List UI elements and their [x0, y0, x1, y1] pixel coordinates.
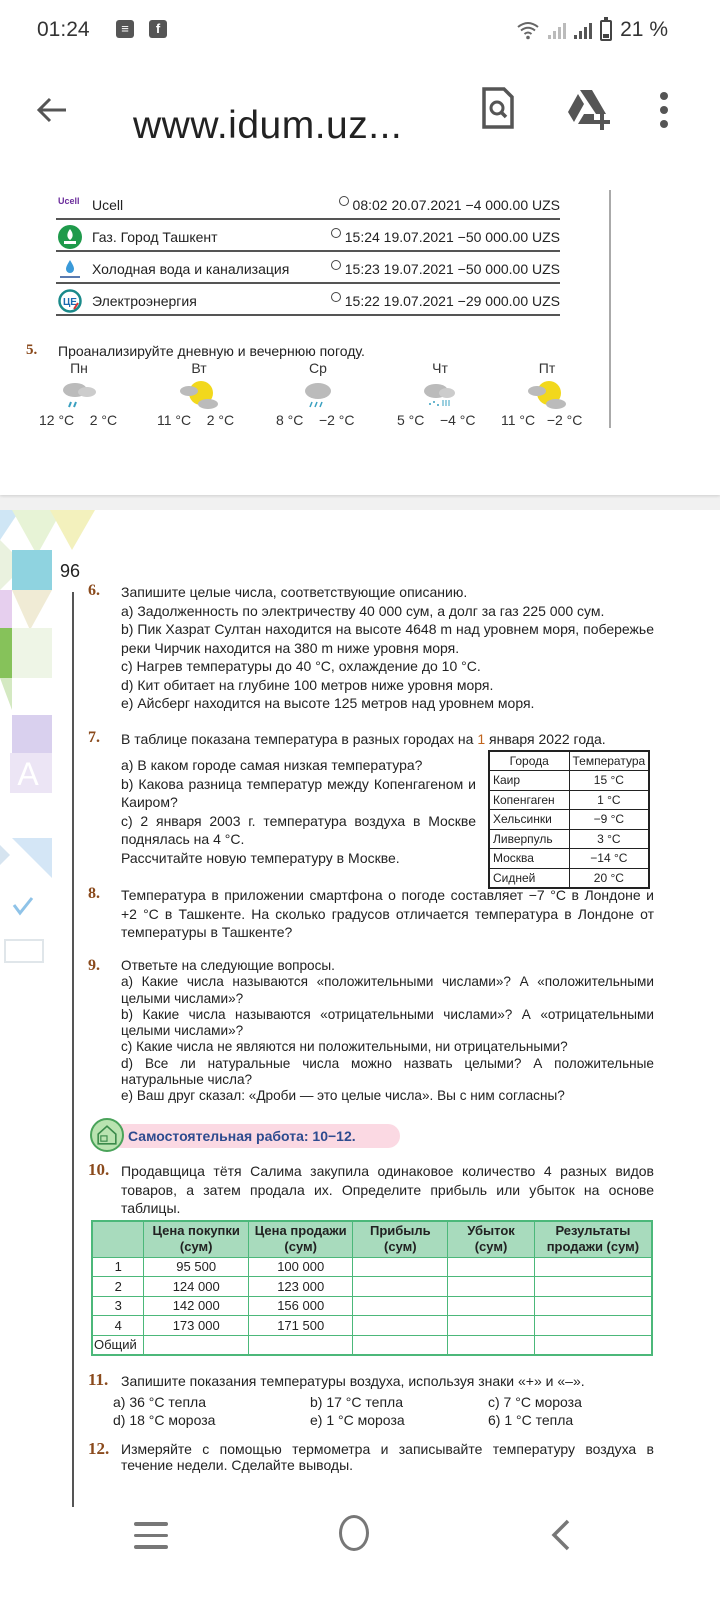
electricity-logo: ЦЕ: [58, 289, 82, 313]
table-cell: [353, 1296, 448, 1316]
sales-table: Цена покупки (сум)Цена продажи (сум)Приб…: [91, 1220, 653, 1356]
transaction-amount: −50 000.00 UZS: [458, 261, 560, 277]
table-cell: 156 000: [248, 1296, 353, 1316]
answer-item: d) 18 °C мороза: [113, 1412, 215, 1428]
status-indicators: 21 %: [516, 18, 668, 42]
city-cell: Копенгаген: [489, 790, 569, 810]
answer-item: a) 36 °C тепла: [113, 1394, 206, 1410]
city-cell: Москва: [489, 849, 569, 869]
question-8: Температура в приложении смартфона о пог…: [121, 886, 654, 942]
question-number: 5.: [26, 342, 37, 359]
question-item: a) Задолженность по электричеству 40 000…: [121, 602, 654, 621]
transaction-amount: −50 000.00 UZS: [458, 229, 560, 245]
question-11: Запишите показания температуры воздуха, …: [121, 1372, 654, 1391]
question-item: b) Пик Хазрат Султан находится на высоте…: [121, 620, 654, 657]
table-cell: [534, 1335, 652, 1355]
back-button[interactable]: [548, 1517, 572, 1553]
table-header: Города: [489, 751, 569, 771]
table-row: Сидней20 °C: [489, 868, 649, 888]
svg-text:A: A: [17, 756, 39, 792]
signal-icon: [548, 21, 566, 39]
transaction-name: Электроэнергия: [92, 293, 197, 309]
transaction-amount: −29 000.00 UZS: [458, 293, 560, 309]
temps-mon: 12 °C 2 °C: [39, 412, 117, 428]
table-cell: [144, 1335, 249, 1355]
table-cell: 100 000: [248, 1257, 353, 1277]
day-label: Пн: [29, 360, 129, 376]
cloud-rain-icon: [296, 378, 340, 410]
question-number: 11.: [88, 1370, 108, 1390]
table-row: 195 500100 000: [92, 1257, 652, 1277]
recent-apps-button[interactable]: [134, 1522, 168, 1550]
clock-icon: [331, 228, 341, 238]
temps-wed: 8 °C −2 °C: [276, 412, 355, 428]
table-row: 3142 000156 000: [92, 1296, 652, 1316]
table-header: [92, 1221, 144, 1257]
page-number: 96: [58, 558, 108, 585]
table-cell: 173 000: [144, 1316, 249, 1336]
cloud-rain-icon: [57, 378, 101, 410]
day-label: Пт: [497, 360, 597, 376]
table-cell: [448, 1257, 535, 1277]
question-number: 9.: [88, 957, 100, 975]
question-text: Проанализируйте дневную и вечернюю погод…: [58, 343, 365, 359]
day-label: Чт: [390, 360, 490, 376]
table-header: Результаты продажи (сум): [534, 1221, 652, 1257]
question-item: b) Какие числа называются «отрицательным…: [121, 1007, 654, 1040]
back-arrow-icon[interactable]: [34, 92, 70, 128]
self-work-label: Самостоятельная работа: 10−12.: [128, 1128, 356, 1144]
table-cell: [448, 1277, 535, 1297]
news-icon: ≡: [116, 20, 134, 38]
document-page-96: A 96 6. Запишите целые числа, соответств…: [0, 510, 720, 1507]
question-number: 6.: [88, 582, 100, 600]
transaction-row: Газ. Город Ташкент 15:24 19.07.2021 −50 …: [56, 222, 560, 252]
document-viewport[interactable]: Ucell Ucell 08:02 20.07.2021 −4 000.00 U…: [0, 190, 720, 1507]
question-number: 12.: [88, 1439, 109, 1459]
transaction-details: 15:24 19.07.2021 −50 000.00 UZS: [331, 229, 560, 245]
question-item: d) Кит обитает на глубине 100 метров ниж…: [121, 676, 654, 695]
table-row: Хельсинки−9 °C: [489, 810, 649, 830]
browser-toolbar: www.idum.uz...: [0, 62, 720, 190]
page-margin-line: [72, 592, 74, 1507]
table-cell: [534, 1257, 652, 1277]
transaction-row: ЦЕ Электроэнергия 15:22 19.07.2021 −29 0…: [56, 286, 560, 316]
table-cell: [448, 1316, 535, 1336]
table-cell: [248, 1335, 353, 1355]
question-title: В таблице показана температура в разных …: [121, 730, 661, 749]
transaction-name: Газ. Город Ташкент: [92, 229, 218, 245]
table-cell: 2: [92, 1277, 144, 1297]
city-cell: Каир: [489, 771, 569, 791]
question-number: 8.: [88, 885, 100, 903]
temps-fri: 11 °C −2 °C: [501, 412, 582, 428]
table-header: Прибыль (сум): [353, 1221, 448, 1257]
question-item: d) Все ли натуральные числа можно назват…: [121, 1056, 654, 1089]
table-row: Москва−14 °C: [489, 849, 649, 869]
table-row: 4173 000171 500: [92, 1316, 652, 1336]
transaction-details: 08:02 20.07.2021 −4 000.00 UZS: [339, 197, 560, 213]
day-label: Ср: [268, 360, 368, 376]
transaction-amount: −4 000.00 UZS: [465, 197, 560, 213]
transaction-name: Ucell: [92, 197, 123, 213]
temperature-cell: 15 °C: [569, 771, 649, 791]
answer-item: b) 17 °C тепла: [310, 1394, 403, 1410]
question-item: Рассчитайте новую температуру в Москве.: [121, 849, 476, 868]
table-header: Убыток (сум): [448, 1221, 535, 1257]
wifi-icon: [516, 20, 540, 40]
table-cell: 3: [92, 1296, 144, 1316]
gas-logo: [58, 225, 82, 249]
weather-day: Чт: [390, 360, 490, 415]
home-button[interactable]: [339, 1515, 369, 1551]
clock-icon: [331, 292, 341, 302]
question-item: c) 2 января 2003 г. температура воздуха …: [121, 812, 476, 849]
system-nav-bar: [0, 1507, 720, 1600]
question-10: Продавщица тётя Салима закупила одинаков…: [121, 1162, 654, 1218]
table-cell: [353, 1277, 448, 1297]
table-cell: 142 000: [144, 1296, 249, 1316]
table-cell: [448, 1335, 535, 1355]
question-item: e) Ваш друг сказал: «Дроби — это целые ч…: [121, 1088, 654, 1104]
temperature-cell: 1 °C: [569, 790, 649, 810]
table-row: Копенгаген1 °C: [489, 790, 649, 810]
table-cell: [534, 1277, 652, 1297]
find-in-page-icon[interactable]: [478, 86, 518, 130]
weather-day: Пт: [497, 360, 597, 415]
table-header: Цена покупки (сум): [144, 1221, 249, 1257]
table-cell: [448, 1296, 535, 1316]
answer-item: c) 7 °C мороза: [488, 1394, 582, 1410]
question-title: Запишите целые числа, соответствующие оп…: [121, 583, 654, 602]
self-work-badge: Самостоятельная работа: 10−12.: [90, 1122, 400, 1150]
table-cell: [534, 1316, 652, 1336]
transaction-time: 15:22 19.07.2021: [345, 293, 454, 309]
answer-item: e) 1 °C мороза: [310, 1412, 405, 1428]
temperature-cell: −9 °C: [569, 810, 649, 830]
status-bar: 01:24 ≡ f 21 %: [0, 0, 720, 62]
question-9: Ответьте на следующие вопросы. a) Какие …: [121, 958, 654, 1105]
table-cell: [534, 1296, 652, 1316]
answer-item: 6) 1 °C тепла: [488, 1412, 573, 1428]
table-cell: [353, 1316, 448, 1336]
transaction-name: Холодная вода и канализация: [92, 261, 289, 277]
table-header: Температура: [569, 751, 649, 771]
table-cell: Общий: [92, 1335, 144, 1355]
question-number: 7.: [88, 729, 100, 747]
transaction-row: Ucell Ucell 08:02 20.07.2021 −4 000.00 U…: [56, 190, 560, 220]
question-6: Запишите целые числа, соответствующие оп…: [121, 583, 654, 713]
weather-day: Ср: [268, 360, 368, 415]
table-cell: 123 000: [248, 1277, 353, 1297]
question-item: c) Какие числа не являются ни положитель…: [121, 1039, 654, 1055]
transaction-row: Холодная вода и канализация 15:23 19.07.…: [56, 254, 560, 284]
transaction-time: 15:24 19.07.2021: [345, 229, 454, 245]
city-cell: Хельсинки: [489, 810, 569, 830]
day-label: Вт: [149, 360, 249, 376]
transaction-details: 15:22 19.07.2021 −29 000.00 UZS: [331, 293, 560, 309]
clock-icon: [339, 196, 349, 206]
question-7: a) В каком городе самая низкая температу…: [121, 756, 476, 867]
facebook-icon: f: [149, 20, 167, 38]
temps-tue: 11 °C 2 °C: [157, 412, 234, 428]
question-12: Измеряйте с помощью термометра и записыв…: [121, 1441, 654, 1473]
question-item: e) Айсберг находится на высоте 125 метро…: [121, 694, 654, 713]
table-row: Ливерпуль3 °C: [489, 829, 649, 849]
table-cell: [353, 1257, 448, 1277]
drive-add-icon[interactable]: [566, 86, 612, 130]
url-text[interactable]: www.idum.uz...: [133, 104, 402, 148]
water-logo: [58, 257, 82, 281]
document-page-95: Ucell Ucell 08:02 20.07.2021 −4 000.00 U…: [0, 190, 720, 495]
ucell-logo: Ucell: [58, 196, 82, 220]
question-item: a) В каком городе самая низкая температу…: [121, 756, 476, 775]
transaction-time: 15:23 19.07.2021: [345, 261, 454, 277]
sun-cloud-icon: [525, 378, 569, 410]
table-cell: 95 500: [144, 1257, 249, 1277]
table-cell: 171 500: [248, 1316, 353, 1336]
battery-percent: 21 %: [620, 18, 668, 42]
question-item: a) Какие числа называются «положительным…: [121, 974, 654, 1007]
temps-thu: 5 °C −4 °C: [397, 412, 476, 428]
table-row: Общий: [92, 1335, 652, 1355]
more-options-icon[interactable]: [656, 92, 672, 132]
sun-cloud-icon: [177, 378, 221, 410]
table-header: Цена продажи (сум): [248, 1221, 353, 1257]
battery-icon: [600, 20, 612, 41]
question-number: 10.: [88, 1160, 109, 1180]
question-item: c) Нагрев температуры до 40 °C, охлажден…: [121, 657, 654, 676]
transaction-time: 08:02 20.07.2021: [353, 197, 462, 213]
table-row: Каир15 °C: [489, 771, 649, 791]
table-row: 2124 000123 000: [92, 1277, 652, 1297]
weather-day: Пн: [29, 360, 129, 415]
clock-icon: [331, 260, 341, 270]
city-cell: Сидней: [489, 868, 569, 888]
cities-temperature-table: Города Температура Каир15 °CКопенгаген1 …: [488, 750, 650, 889]
weather-day: Вт: [149, 360, 249, 415]
city-cell: Ливерпуль: [489, 829, 569, 849]
temperature-cell: 20 °C: [569, 868, 649, 888]
question-item: b) Какова разница температур между Копен…: [121, 775, 476, 812]
signal-icon: [574, 21, 592, 39]
temperature-cell: 3 °C: [569, 829, 649, 849]
temperature-cell: −14 °C: [569, 849, 649, 869]
page-margin-line: [609, 190, 611, 428]
table-cell: 1: [92, 1257, 144, 1277]
cloud-snow-rain-icon: [418, 378, 462, 410]
table-cell: 124 000: [144, 1277, 249, 1297]
transaction-details: 15:23 19.07.2021 −50 000.00 UZS: [331, 261, 560, 277]
status-time: 01:24: [37, 18, 90, 42]
house-icon: [90, 1118, 124, 1152]
question-title: Ответьте на следующие вопросы.: [121, 958, 654, 974]
table-cell: [353, 1335, 448, 1355]
table-cell: 4: [92, 1316, 144, 1336]
